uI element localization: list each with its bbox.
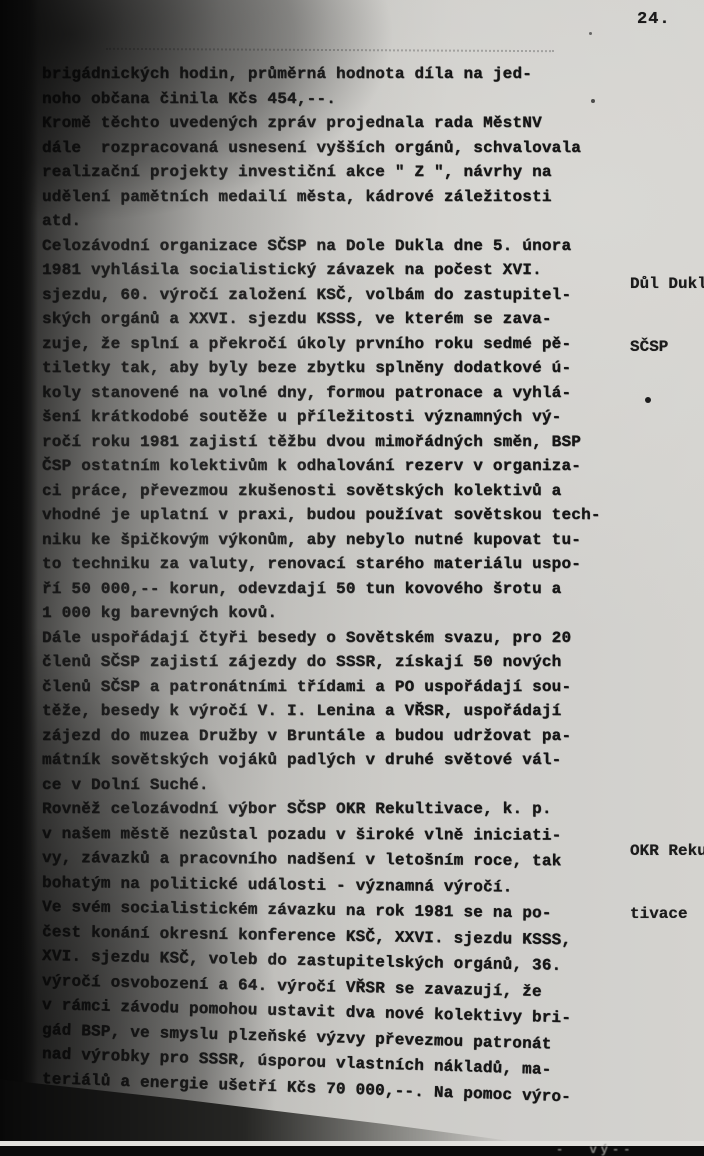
text-line: ČSP ostatním kolektivům k odhalování rez… [42,454,617,479]
text-line: ročí roku 1981 zajistí těžbu dvou mimořá… [42,430,617,455]
text-line: těže, besedy k výročí V. I. Lenina a VŘS… [42,699,617,724]
text-line: noho občana činila Kčs 454,--. [42,87,617,112]
text-line: vy, závazků a pracovního nadšení v letoš… [42,846,617,874]
page-bottom-gap [0,1141,704,1146]
scanned-page: 24. brigádnických hodin, průměrná hodnot… [0,0,704,1156]
text-line: vhodné je uplatní v praxi, budou používa… [42,503,617,528]
text-line: to techniku za valuty, renovací starého … [42,552,617,577]
margin-note-dul-dukla-scsp: Důl Dukla SČSP [630,232,704,400]
margin-note-okr-rekultivace: OKR Rekul- tivace [630,799,704,967]
text-line: zuje, že splní a překročí úkoly prvního … [42,332,617,357]
margin-note-line: Důl Dukla [630,274,704,295]
crease-line [106,48,554,52]
text-line: v našem městě nezůstal pozadu v široké v… [42,822,617,848]
margin-note-line: SČSP [630,337,704,358]
text-line: ce v Dolní Suché. [42,773,617,798]
text-line: dále rozpracovaná usnesení vyšších orgán… [42,136,617,161]
margin-note-line: OKR Rekul- [630,841,704,862]
ink-speck [589,32,592,35]
text-line: Rovněž celozávodní výbor SČSP OKR Rekult… [42,797,617,822]
text-line: atd. [42,209,617,234]
text-line: Kromě těchto uvedených zpráv projednala … [42,111,617,136]
ink-speck [645,397,651,403]
text-line: mátník sovětských vojáků padlých v druhé… [42,748,617,773]
next-page-strip: - vý-- [0,1146,704,1156]
text-line: 1 000 kg barevných kovů. [42,601,617,626]
text-line: členů SČSP a patronátními třídami a PO u… [42,675,617,700]
text-line: koly stanovené na volné dny, formou patr… [42,381,617,406]
typewritten-text: brigádnických hodin, průměrná hodnota dí… [42,62,617,1091]
text-line: členů SČSP zajistí zájezdy do SSSR, získ… [42,650,617,675]
text-line: ří 50 000,-- korun, odevzdají 50 tun kov… [42,577,617,602]
ink-speck [591,99,595,103]
text-line: sjezdu, 60. výročí založení KSČ, volbám … [42,283,617,308]
margin-note-line: tivace [630,904,704,925]
text-line: Dále uspořádají čtyři besedy o Sovětském… [42,626,617,651]
text-line: tiletky tak, aby byly beze zbytku splněn… [42,356,617,381]
text-line: brigádnických hodin, průměrná hodnota dí… [42,62,617,87]
text-line: 1981 vyhlásila socialistický závazek na … [42,258,617,283]
text-line: Celozávodní organizace SČSP na Dole Dukl… [42,234,617,259]
text-line: ci práce, převezmou zkušenosti sovětskýc… [42,479,617,504]
text-line: zájezd do muzea Družby v Bruntále a budo… [42,724,617,749]
text-line: niku ke špičkovým výkonům, aby nebylo nu… [42,528,617,553]
spine-shadow [0,0,38,1156]
text-line: udělení pamětních medailí města, kádrové… [42,185,617,210]
text-line: realizační projekty investiční akce " Z … [42,160,617,185]
page-number: 24. [637,10,671,29]
text-line: ských orgánů a XXVI. sjezdu KSSS, ve kte… [42,307,617,332]
text-line: šení krátkodobé soutěže u příležitosti v… [42,405,617,430]
next-page-text-glimpse: - vý-- [556,1143,634,1156]
